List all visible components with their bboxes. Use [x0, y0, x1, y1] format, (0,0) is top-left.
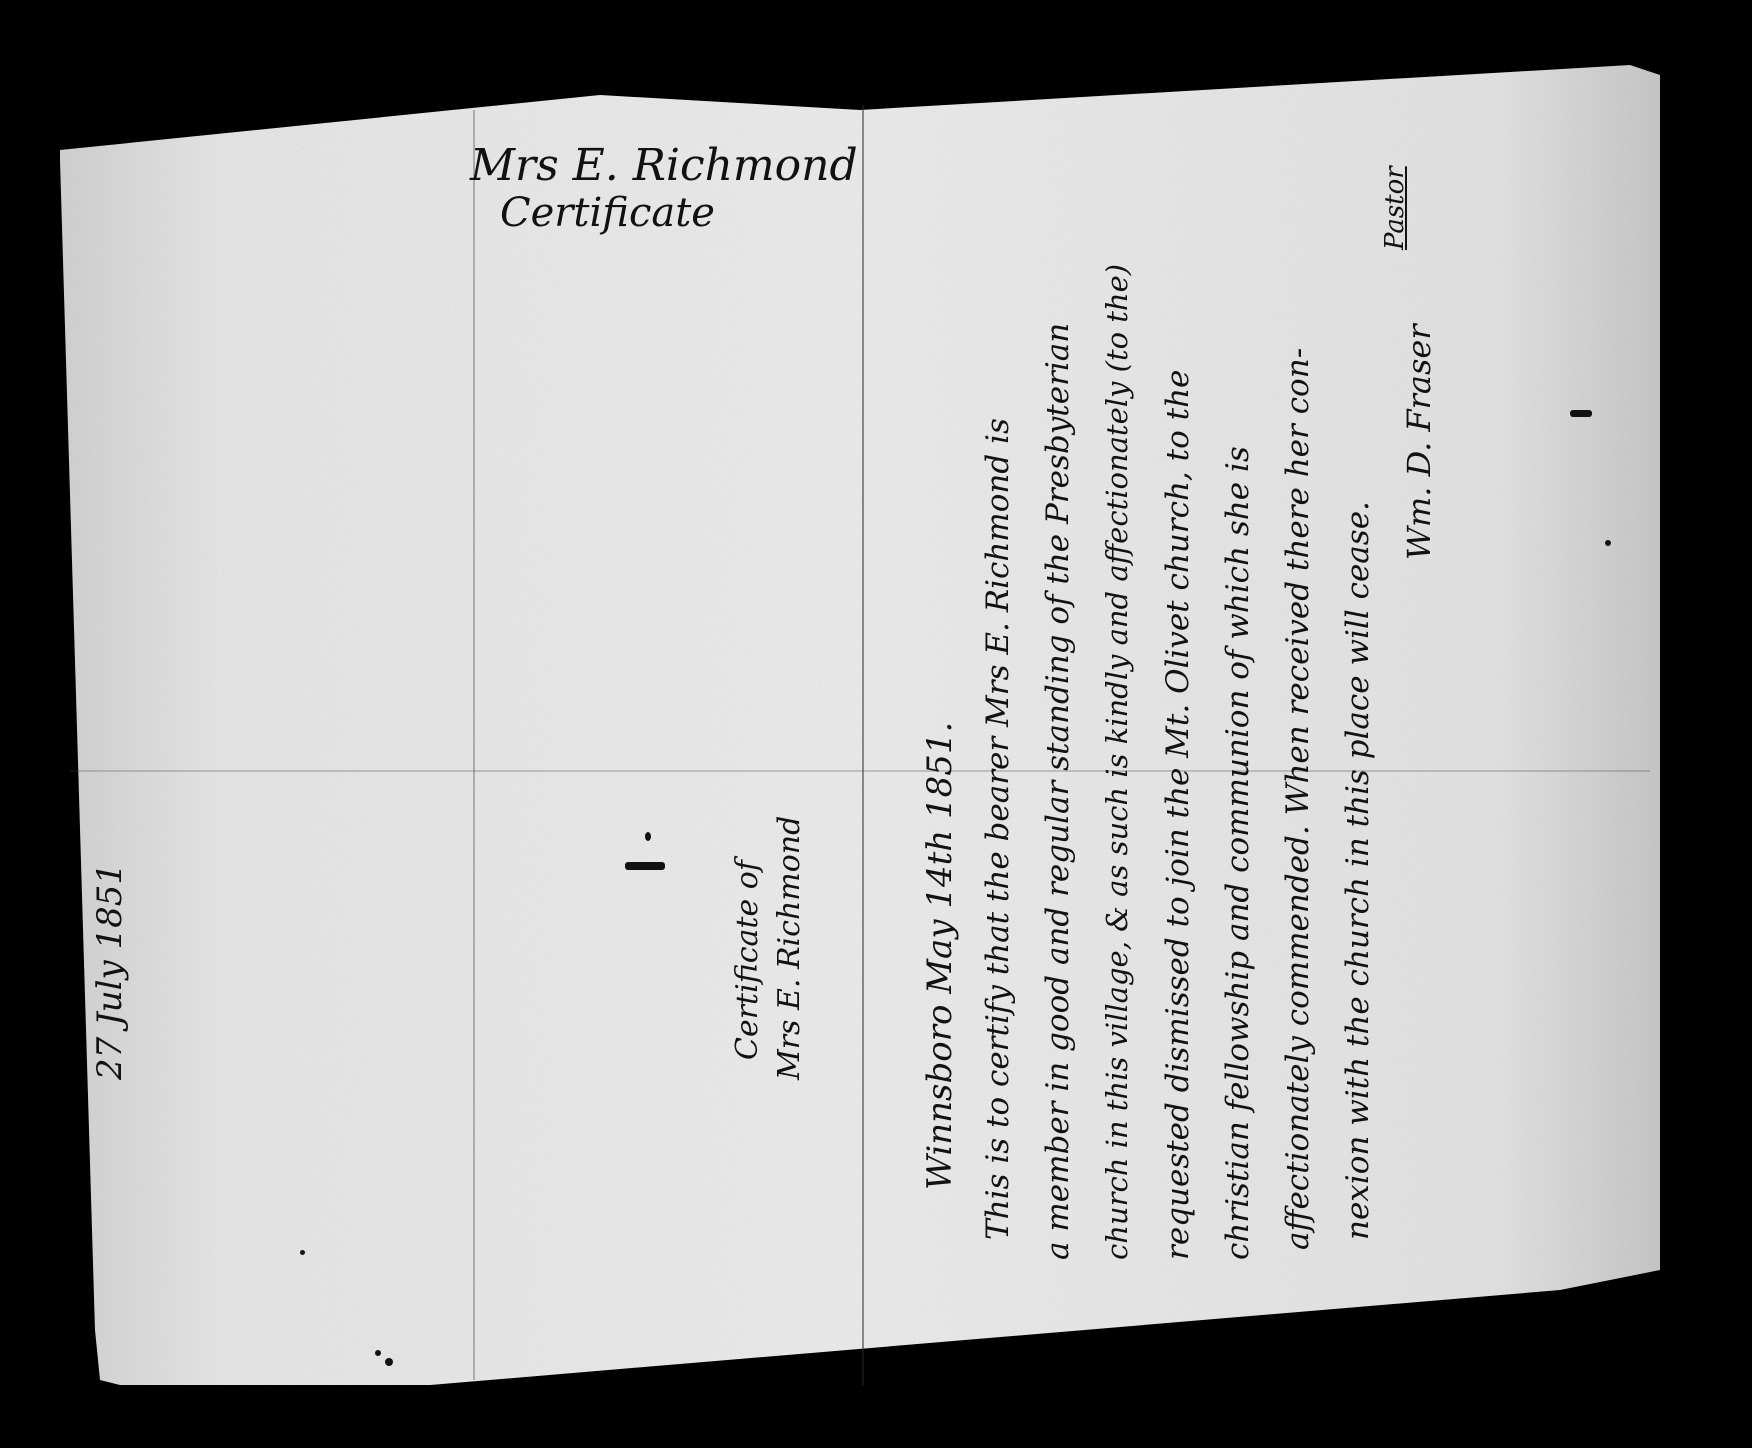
paper-outline [0, 0, 1752, 1448]
docket-date: 27 July 1851 [90, 863, 130, 1080]
docket-label-line1: Certificate of [730, 860, 765, 1060]
signature: Wm. D. Fraser [1400, 324, 1438, 560]
ink-speck [300, 1250, 305, 1255]
ink-speck [645, 832, 651, 841]
signature-title: Pastor [1380, 166, 1410, 250]
ink-blot [625, 862, 665, 870]
letter-dateline: Winnsboro May 14th 1851. [920, 722, 960, 1190]
letter-line-7: nexion with the church in this place wil… [1340, 501, 1376, 1240]
ink-speck [1605, 540, 1611, 546]
ink-speck [375, 1350, 381, 1356]
endorsement-name: Mrs E. Richmond [470, 140, 858, 191]
ink-speck [385, 1358, 393, 1366]
letter-line-1: This is to certify that the bearer Mrs E… [980, 418, 1016, 1240]
endorsement-title: Certificate [500, 190, 715, 236]
scanned-document: Mrs E. Richmond Certificate 27 July 1851… [0, 0, 1752, 1448]
letter-line-4: requested dismissed to join the Mt. Oliv… [1160, 370, 1196, 1260]
letter-line-6: affectionately commended. When received … [1280, 348, 1316, 1250]
docket-label-line2: Mrs E. Richmond [772, 816, 807, 1080]
fold-line [473, 110, 475, 1380]
letter-line-3: church in this village, & as such is kin… [1100, 264, 1134, 1260]
letter-line-2: a member in good and regular standing of… [1040, 323, 1076, 1260]
fold-line [70, 770, 1650, 772]
letter-line-5: christian fellowship and communion of wh… [1220, 446, 1256, 1260]
fold-line [862, 105, 864, 1385]
ink-blot [1570, 410, 1592, 417]
paper-sheet: Mrs E. Richmond Certificate 27 July 1851… [0, 0, 1752, 1448]
